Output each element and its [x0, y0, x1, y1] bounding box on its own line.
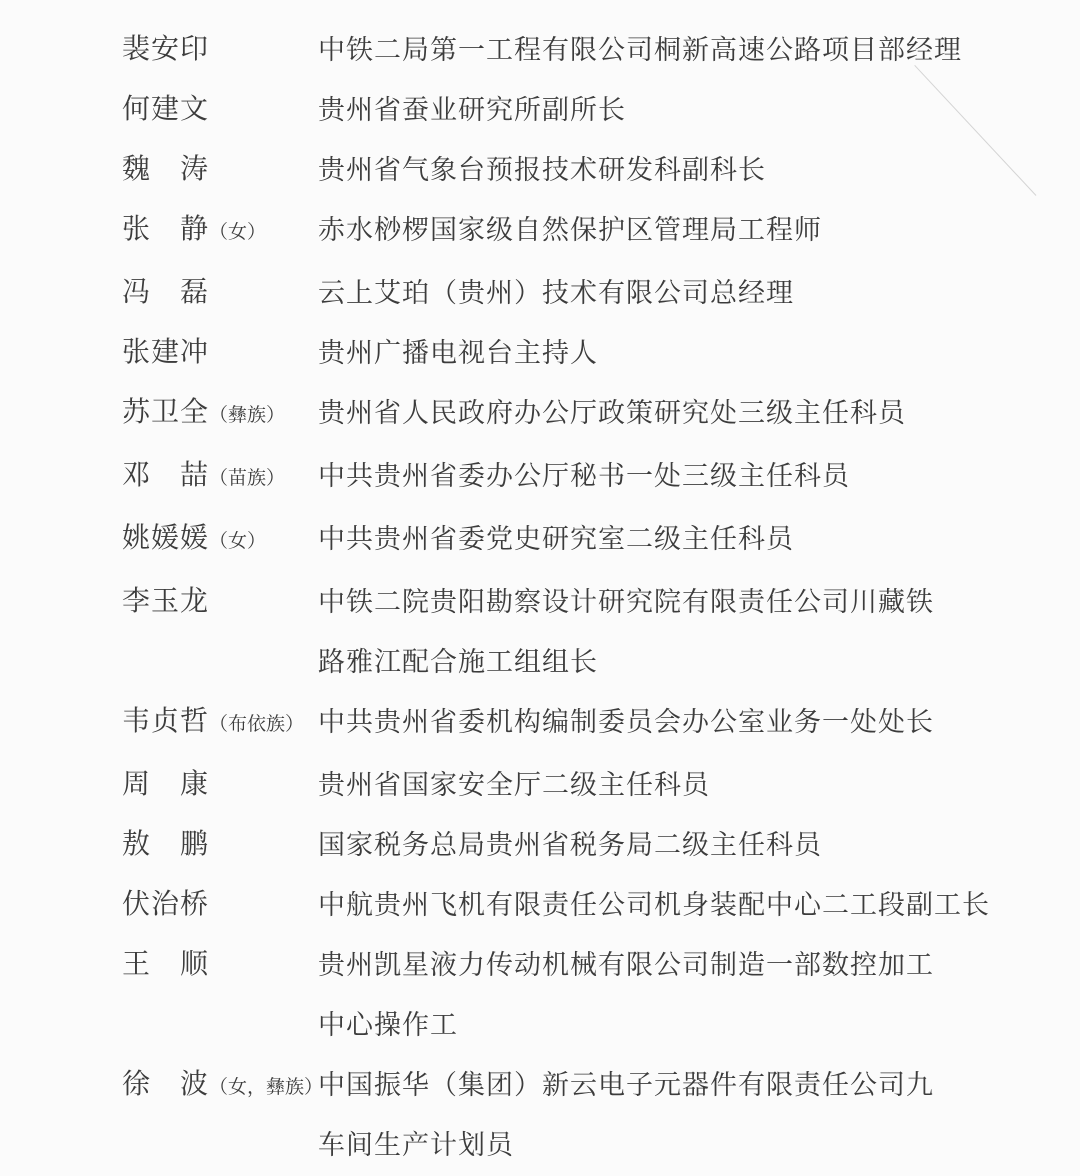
- position-line: 贵州省人民政府办公厅政策研究处三级主任科员: [318, 383, 906, 443]
- position-cell: 贵州省人民政府办公厅政策研究处三级主任科员: [318, 383, 906, 443]
- person-name: 姚媛媛: [122, 523, 209, 554]
- gender-ethnicity-note: （女）: [209, 222, 266, 243]
- position-line: 车间生产计划员: [318, 1115, 934, 1175]
- person-name: 徐 波: [122, 1069, 209, 1100]
- roster-row: 苏卫全（彝族）贵州省人民政府办公厅政策研究处三级主任科员: [122, 383, 1080, 446]
- person-name: 冯 磊: [122, 277, 209, 308]
- roster-row: 张 静（女）赤水桫椤国家级自然保护区管理局工程师: [122, 200, 1080, 263]
- roster-row: 冯 磊云上艾珀（贵州）技术有限公司总经理: [122, 263, 1080, 323]
- position-cell: 贵州省国家安全厅二级主任科员: [318, 755, 710, 815]
- person-name-cell: 韦贞哲（布依族）: [122, 692, 318, 755]
- scanned-document-page: 裴安印中铁二局第一工程有限公司桐新高速公路项目部经理何建文贵州省蚕业研究所副所长…: [0, 0, 1080, 1176]
- person-name: 周 康: [122, 769, 209, 800]
- person-name: 何建文: [122, 94, 209, 125]
- position-line: 中心操作工: [318, 995, 934, 1055]
- position-line: 中铁二院贵阳勘察设计研究院有限责任公司川藏铁: [318, 572, 934, 632]
- gender-ethnicity-note: （彝族）: [209, 405, 285, 426]
- person-name: 敖 鹏: [122, 829, 209, 860]
- gender-ethnicity-note: （苗族）: [209, 468, 285, 489]
- position-line: 国家税务总局贵州省税务局二级主任科员: [318, 815, 822, 875]
- position-line: 路雅江配合施工组组长: [318, 632, 934, 692]
- position-cell: 中铁二院贵阳勘察设计研究院有限责任公司川藏铁路雅江配合施工组组长: [318, 572, 934, 692]
- position-line: 贵州广播电视台主持人: [318, 323, 598, 383]
- roster-row: 魏 涛贵州省气象台预报技术研发科副科长: [122, 140, 1080, 200]
- person-name: 伏治桥: [122, 889, 209, 920]
- position-cell: 中国振华（集团）新云电子元器件有限责任公司九车间生产计划员: [318, 1055, 934, 1175]
- position-cell: 贵州省气象台预报技术研发科副科长: [318, 140, 766, 200]
- position-line: 中铁二局第一工程有限公司桐新高速公路项目部经理: [318, 20, 962, 80]
- person-name-cell: 何建文: [122, 80, 318, 140]
- gender-ethnicity-note: （女，彝族）: [209, 1077, 323, 1098]
- position-cell: 中共贵州省委党史研究室二级主任科员: [318, 509, 794, 569]
- person-name: 张建冲: [122, 337, 209, 368]
- person-name: 王 顺: [122, 949, 209, 980]
- person-name-cell: 姚媛媛（女）: [122, 509, 318, 572]
- person-name: 魏 涛: [122, 154, 209, 185]
- person-name-cell: 王 顺: [122, 935, 318, 995]
- person-name-cell: 周 康: [122, 755, 318, 815]
- roster-row: 裴安印中铁二局第一工程有限公司桐新高速公路项目部经理: [122, 20, 1080, 80]
- person-name: 李玉龙: [122, 586, 209, 617]
- person-name-cell: 敖 鹏: [122, 815, 318, 875]
- position-line: 云上艾珀（贵州）技术有限公司总经理: [318, 263, 794, 323]
- position-line: 贵州凯星液力传动机械有限公司制造一部数控加工: [318, 935, 934, 995]
- person-name-cell: 伏治桥: [122, 875, 318, 935]
- person-name: 裴安印: [122, 34, 209, 65]
- roster-row: 李玉龙中铁二院贵阳勘察设计研究院有限责任公司川藏铁路雅江配合施工组组长: [122, 572, 1080, 692]
- person-name-cell: 邓 喆（苗族）: [122, 446, 318, 509]
- roster-row: 韦贞哲（布依族）中共贵州省委机构编制委员会办公室业务一处处长: [122, 692, 1080, 755]
- position-cell: 中铁二局第一工程有限公司桐新高速公路项目部经理: [318, 20, 962, 80]
- position-line: 贵州省气象台预报技术研发科副科长: [318, 140, 766, 200]
- position-line: 中共贵州省委党史研究室二级主任科员: [318, 509, 794, 569]
- roster-row: 伏治桥中航贵州飞机有限责任公司机身装配中心二工段副工长: [122, 875, 1080, 935]
- person-name: 苏卫全: [122, 397, 209, 428]
- position-line: 中航贵州飞机有限责任公司机身装配中心二工段副工长: [318, 875, 990, 935]
- gender-ethnicity-note: （布依族）: [209, 714, 304, 735]
- roster-row: 张建冲贵州广播电视台主持人: [122, 323, 1080, 383]
- roster-row: 周 康贵州省国家安全厅二级主任科员: [122, 755, 1080, 815]
- position-cell: 中航贵州飞机有限责任公司机身装配中心二工段副工长: [318, 875, 990, 935]
- roster-row: 姚媛媛（女）中共贵州省委党史研究室二级主任科员: [122, 509, 1080, 572]
- person-name-cell: 苏卫全（彝族）: [122, 383, 318, 446]
- position-cell: 中共贵州省委办公厅秘书一处三级主任科员: [318, 446, 850, 506]
- position-line: 贵州省国家安全厅二级主任科员: [318, 755, 710, 815]
- gender-ethnicity-note: （女）: [209, 531, 266, 552]
- award-roster-list: 裴安印中铁二局第一工程有限公司桐新高速公路项目部经理何建文贵州省蚕业研究所副所长…: [0, 20, 1080, 1175]
- person-name-cell: 裴安印: [122, 20, 318, 80]
- person-name: 韦贞哲: [122, 706, 209, 737]
- position-line: 赤水桫椤国家级自然保护区管理局工程师: [318, 200, 822, 260]
- person-name-cell: 张建冲: [122, 323, 318, 383]
- position-line: 贵州省蚕业研究所副所长: [318, 80, 626, 140]
- person-name-cell: 魏 涛: [122, 140, 318, 200]
- position-cell: 赤水桫椤国家级自然保护区管理局工程师: [318, 200, 822, 260]
- position-cell: 贵州凯星液力传动机械有限公司制造一部数控加工中心操作工: [318, 935, 934, 1055]
- position-line: 中国振华（集团）新云电子元器件有限责任公司九: [318, 1055, 934, 1115]
- position-line: 中共贵州省委办公厅秘书一处三级主任科员: [318, 446, 850, 506]
- person-name: 张 静: [122, 214, 209, 245]
- position-cell: 国家税务总局贵州省税务局二级主任科员: [318, 815, 822, 875]
- person-name-cell: 徐 波（女，彝族）: [122, 1055, 318, 1118]
- person-name-cell: 张 静（女）: [122, 200, 318, 263]
- position-cell: 贵州省蚕业研究所副所长: [318, 80, 626, 140]
- roster-row: 邓 喆（苗族）中共贵州省委办公厅秘书一处三级主任科员: [122, 446, 1080, 509]
- roster-row: 徐 波（女，彝族）中国振华（集团）新云电子元器件有限责任公司九车间生产计划员: [122, 1055, 1080, 1175]
- person-name-cell: 李玉龙: [122, 572, 318, 632]
- position-cell: 云上艾珀（贵州）技术有限公司总经理: [318, 263, 794, 323]
- roster-row: 敖 鹏国家税务总局贵州省税务局二级主任科员: [122, 815, 1080, 875]
- roster-row: 王 顺贵州凯星液力传动机械有限公司制造一部数控加工中心操作工: [122, 935, 1080, 1055]
- person-name: 邓 喆: [122, 460, 209, 491]
- position-cell: 中共贵州省委机构编制委员会办公室业务一处处长: [318, 692, 934, 752]
- position-line: 中共贵州省委机构编制委员会办公室业务一处处长: [318, 692, 934, 752]
- person-name-cell: 冯 磊: [122, 263, 318, 323]
- position-cell: 贵州广播电视台主持人: [318, 323, 598, 383]
